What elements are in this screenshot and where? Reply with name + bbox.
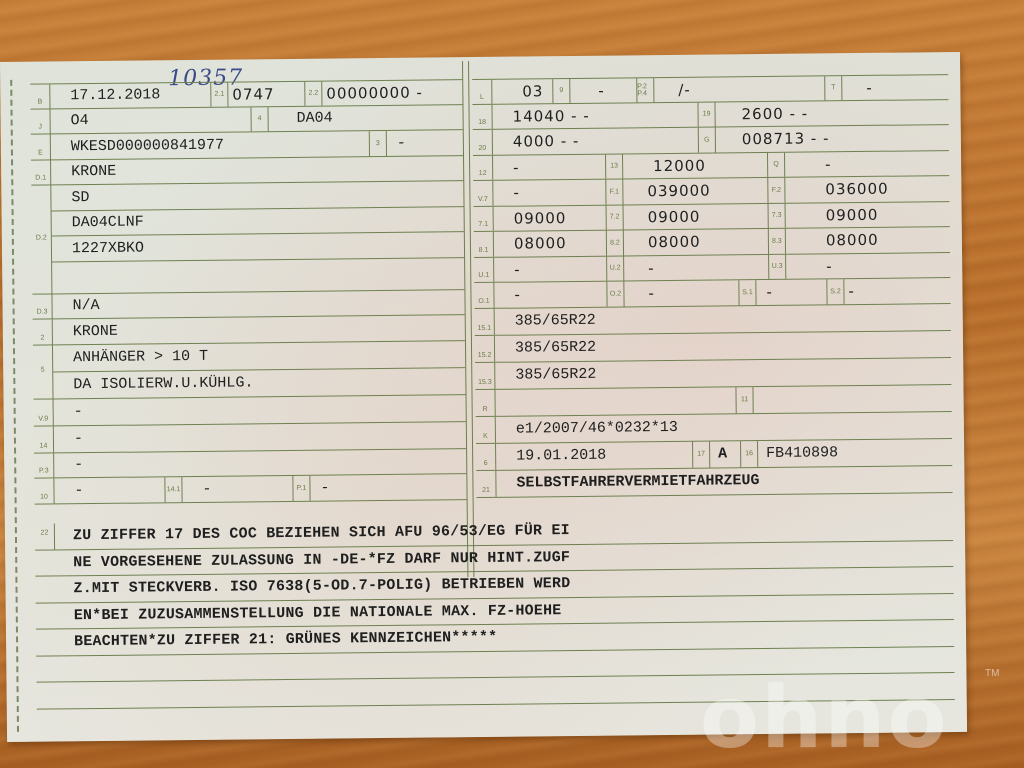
vehicle-class: O4: [50, 107, 250, 134]
field-code: D.3: [32, 294, 52, 319]
field-code: 6: [476, 443, 496, 469]
version-line: 1227XBKO: [52, 232, 464, 261]
field-code: V.7: [473, 181, 493, 206]
power-weight-ratio: -: [785, 151, 949, 177]
field-code: P.1: [292, 476, 310, 501]
field-code: 9: [552, 79, 570, 103]
field-code: 17: [692, 441, 710, 467]
tank-volume: -: [493, 154, 605, 180]
tyre-axle-2: 385/65R22: [495, 331, 951, 362]
tyre-axle-3: 385/65R22: [495, 358, 951, 389]
max-speed: -: [842, 75, 948, 100]
field-code: K: [476, 416, 496, 442]
document-number: FB410898: [758, 439, 952, 467]
field-code: O.2: [606, 281, 624, 306]
variant-line: DA04CLNF: [52, 207, 464, 236]
support-load: 12000: [623, 152, 767, 178]
field-code: 3: [369, 131, 387, 156]
length: 14040 - -: [492, 102, 697, 129]
noise-rpm: -: [624, 254, 768, 280]
field-code: J: [30, 109, 50, 134]
field-code: O.1: [474, 283, 494, 308]
field-code: P.2 P.4: [636, 78, 654, 102]
fuel-type: -: [54, 449, 466, 478]
field-code: T: [824, 76, 842, 100]
row-10: 10 - 14.1 - P.1 -: [34, 474, 466, 504]
emission-class: -: [54, 395, 466, 425]
axles: 03: [492, 79, 552, 103]
operating-permit-marker: A: [710, 441, 740, 467]
co2: -: [493, 180, 605, 206]
field-code: 2.1: [210, 83, 228, 107]
trailer-load-unbraked: -: [624, 280, 738, 306]
height: 4000 - -: [493, 128, 698, 155]
field-code: 8.3: [768, 229, 786, 254]
permitted-axle-load-1: 08000: [494, 231, 606, 257]
watermark-logo: ohno: [700, 668, 949, 768]
field-code: 4: [250, 107, 268, 132]
field-code: 8.2: [606, 230, 624, 255]
field-code: S.1: [738, 280, 756, 305]
field-code: U.3: [768, 254, 786, 279]
standing-places: -: [844, 278, 950, 304]
trademark-symbol: TM: [985, 668, 999, 679]
emission-directive: -: [54, 422, 466, 452]
block-D2: D.2 SD DA04CLNF 1227XBKO: [31, 181, 464, 294]
field-code: 15.3: [475, 362, 495, 388]
empty-mass: 008713 - -: [716, 125, 949, 152]
field-code: S.2: [826, 279, 844, 304]
field-code: 13: [605, 154, 623, 179]
vehicle-class-description: ANHÄNGER > 10 T: [53, 341, 465, 371]
permitted-axle-load-2: 08000: [624, 229, 768, 255]
type-key: 00000000 -: [322, 80, 462, 105]
field-code: U.1: [474, 257, 494, 282]
field-code: 14: [34, 426, 54, 452]
field-code: 10: [34, 478, 54, 503]
field-code: 7.3: [768, 203, 786, 228]
manufacturer-key: 0747: [228, 82, 304, 106]
field-code: B: [30, 84, 50, 108]
field-code: 7.1: [474, 206, 494, 231]
left-column: B 17.12.2018 2.1 0747 2.2 00000000 - J O…: [30, 79, 466, 504]
make: KRONE: [51, 156, 463, 185]
type-approval-date: 19.01.2018: [496, 441, 692, 469]
field-code: F.1: [605, 179, 623, 204]
perforation-line: [10, 80, 19, 732]
field-code: 2: [33, 319, 53, 344]
fuel-code: -: [54, 477, 164, 503]
field-code: 8.1: [474, 232, 494, 257]
body-type: DA04: [268, 105, 462, 132]
noise-driving: -: [786, 253, 950, 279]
max-permitted-mass: 036000: [785, 176, 949, 202]
width: 2600 - -: [715, 100, 948, 127]
field-code: 19: [697, 102, 715, 127]
field-code: 14.1: [164, 477, 182, 502]
vin: WKESD000000841977: [51, 131, 369, 159]
first-registration-date: 17.12.2018: [50, 83, 210, 108]
field-code: F.2: [767, 178, 785, 203]
field-code: 18: [472, 104, 492, 129]
registration-document: 10357 B 17.12.2018 2.1 0747 2.2 00000000…: [0, 52, 967, 742]
field-code: 7.2: [606, 205, 624, 230]
field-code: V.9: [34, 399, 54, 425]
field-code: R: [475, 389, 495, 415]
field-code: 15.1: [475, 308, 495, 334]
field-code: 12: [473, 155, 493, 180]
colour-code: [753, 385, 951, 413]
permitted-axle-load-3: 08000: [786, 227, 950, 253]
field-code: E: [31, 134, 51, 159]
driven-axles: -: [570, 78, 636, 102]
trailer-load-braked: -: [494, 282, 606, 308]
field-code: 16: [740, 441, 758, 467]
field-code: G: [698, 128, 716, 153]
other-notes: SELBSTFAHRERVERMIETFAHRZEUG: [496, 466, 952, 497]
field-code: L: [472, 80, 492, 104]
field-code: 15.2: [475, 335, 495, 361]
body-description: DA ISOLIERW.U.KÜHLG.: [53, 368, 465, 398]
field-code: 20: [473, 130, 493, 155]
field-code: 5: [33, 345, 54, 399]
type-approval-number: e1/2007/46*0232*13: [496, 412, 952, 443]
field-code: 11: [735, 387, 753, 413]
manufacturer: KRONE: [53, 315, 465, 344]
seats: -: [756, 279, 826, 304]
axle-load-3: 09000: [786, 202, 950, 228]
axle-load-2: 09000: [624, 203, 768, 229]
field-code: D.2: [31, 185, 52, 294]
displacement: -: [310, 474, 466, 500]
row-21: 21 SELBSTFAHRERVERMIETFAHRZEUG: [476, 466, 952, 498]
type-line: SD: [51, 181, 463, 210]
empty-line: [52, 258, 464, 293]
tyre-axle-1: 385/65R22: [495, 304, 951, 335]
field-code: U.2: [606, 256, 624, 281]
colour: [495, 387, 735, 416]
power-rpm: /-: [654, 76, 824, 101]
field-code: 21: [476, 470, 496, 496]
commercial-name: N/A: [52, 290, 464, 319]
axle-load-1: 09000: [494, 205, 606, 231]
field-code: Q: [767, 152, 785, 177]
emission-key: -: [182, 476, 292, 502]
right-column: L 03 9 - P.2 P.4 /- T - 18 14040 - - 19 …: [472, 74, 952, 497]
field-code: D.1: [31, 160, 51, 185]
max-technical-mass: 039000: [623, 178, 767, 204]
noise-standing: -: [494, 256, 606, 282]
check-digit: -: [387, 130, 463, 155]
field-code: 22: [35, 523, 55, 550]
block-5: 5 ANHÄNGER > 10 T DA ISOLIERW.U.KÜHLG.: [33, 341, 466, 400]
field-code: P.3: [34, 453, 54, 478]
field-code: 2.2: [304, 82, 322, 106]
